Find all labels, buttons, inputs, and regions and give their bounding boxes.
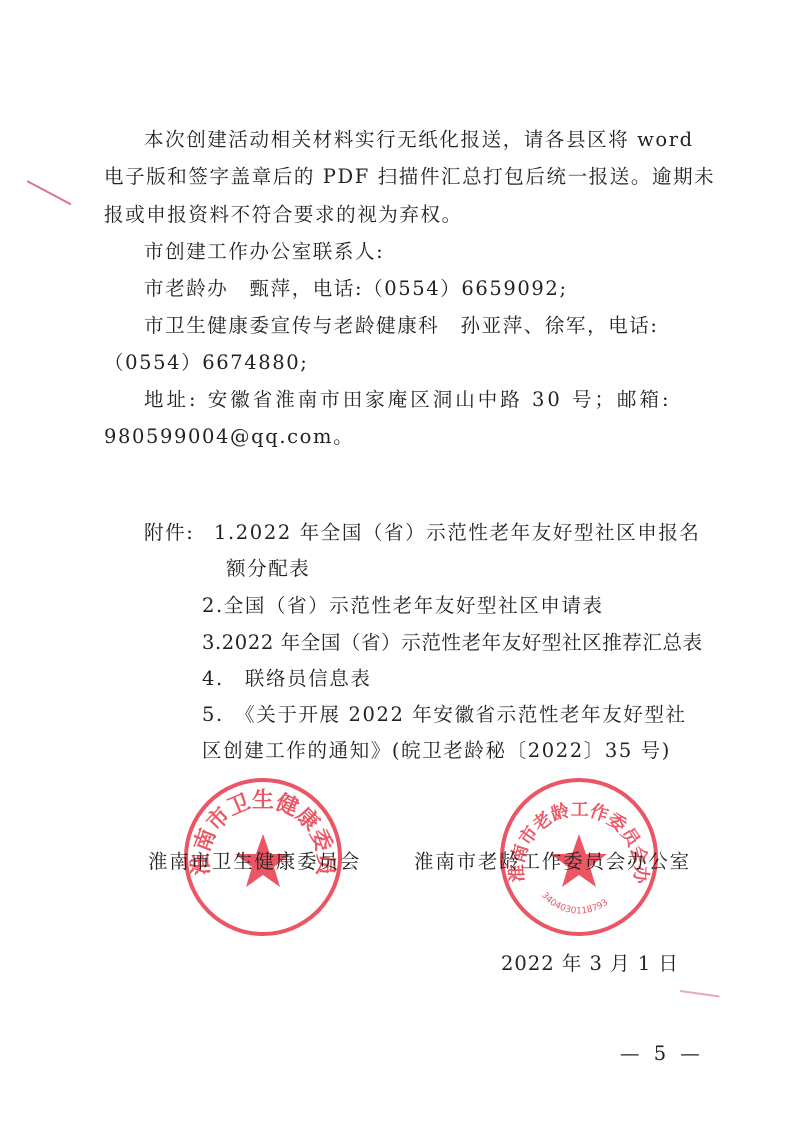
body-paragraph: 本次创建活动相关材料实行无纸化报送，请各县区将 word	[144, 128, 694, 152]
contact-heading: 市创建工作办公室联系人:	[144, 240, 384, 264]
body-paragraph: 报或申报资料不符合要求的视为弃权。	[104, 203, 463, 227]
attachment-item: 3.2022 年全国（省）示范性老年友好型社区推荐汇总表	[202, 631, 703, 655]
document-date: 2022 年 3 月 1 日	[501, 952, 679, 976]
attachments-label: 附件:	[144, 521, 194, 545]
contact-line: 市卫生健康委宣传与老龄健康科 孙亚萍、徐军，电话:	[144, 314, 659, 338]
attachment-item: 4. 联络员信息表	[202, 667, 372, 691]
pen-mark	[27, 180, 72, 205]
attachment-item: 2.全国（省）示范性老年友好型社区申请表	[202, 594, 604, 618]
body-paragraph: 电子版和签字盖章后的 PDF 扫描件汇总打包后统一报送。逾期未	[104, 165, 715, 189]
attachment-item: 额分配表	[226, 557, 310, 581]
attachment-item: 区创建工作的通知》(皖卫老龄秘〔2022〕35 号)	[202, 739, 671, 763]
address-line: 地址: 安徽省淮南市田家庵区洞山中路 30 号；邮箱:	[144, 388, 672, 412]
signature-aging-committee: 淮南市老龄工作委员会办公室	[414, 846, 691, 874]
pen-mark	[680, 990, 720, 998]
email-line: 980599004@qq.com。	[104, 425, 354, 449]
attachment-item: 5. 《关于开展 2022 年安徽省示范性老年友好型社	[202, 703, 687, 727]
svg-text:3404030118793: 3404030118793	[539, 891, 610, 917]
attachment-item: 1.2022 年全国（省）示范性老年友好型社区申报名	[214, 521, 701, 545]
signature-health-commission: 淮南市卫生健康委员会	[148, 846, 361, 874]
contact-line: （0554）6674880;	[104, 351, 308, 375]
document-page: 本次创建活动相关材料实行无纸化报送，请各县区将 word 电子版和签字盖章后的 …	[0, 0, 793, 1122]
contact-line: 市老龄办 甄萍，电话:（0554）6659092;	[144, 277, 568, 301]
page-number: — 5 —	[620, 1042, 704, 1066]
